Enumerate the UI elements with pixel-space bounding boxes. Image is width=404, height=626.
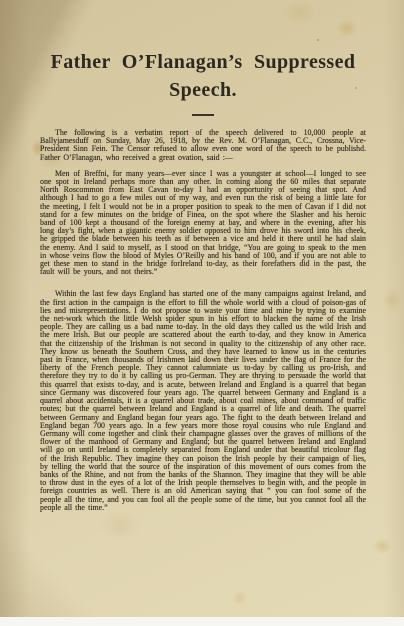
title-divider-rule — [192, 114, 214, 116]
speech-paragraph-campaign: Within the last few days England has sta… — [40, 290, 366, 511]
scan-edge-bottom — [0, 617, 404, 626]
pamphlet-title: Father O’Flanagan’s Suppressed Speech. — [40, 48, 366, 104]
speech-paragraph-breffni: Men of Breffni, for many years—ever sinc… — [40, 170, 366, 277]
pamphlet-scan: Father O’Flanagan’s Suppressed Speech. T… — [0, 0, 404, 626]
title-line-1: Father O’Flanagan’s Suppressed — [40, 48, 366, 76]
speech-content: Father O’Flanagan’s Suppressed Speech. T… — [40, 0, 366, 512]
intro-paragraph: The following is a verbatim report of th… — [40, 129, 366, 162]
paper-sheet: Father O’Flanagan’s Suppressed Speech. T… — [0, 0, 404, 617]
title-line-2: Speech. — [40, 76, 366, 104]
